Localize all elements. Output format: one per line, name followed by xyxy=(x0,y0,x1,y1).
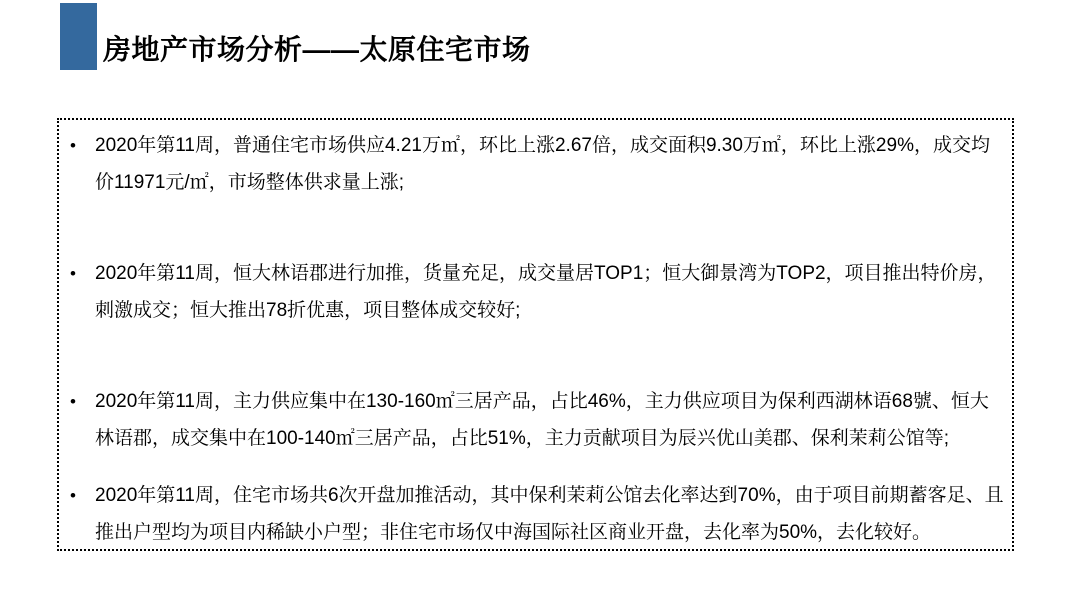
slide: 房地产市场分析——太原住宅市场 • 2020年第11周，普通住宅市场供应4.21… xyxy=(0,0,1080,608)
bullet-icon: • xyxy=(68,477,95,514)
bullet-text: 2020年第11周，主力供应集中在130-160㎡三居产品，占比46%，主力供应… xyxy=(95,383,1004,457)
bullet-icon: • xyxy=(68,255,95,292)
title-accent-rectangle xyxy=(60,3,97,70)
bullet-text: 2020年第11周，恒大林语郡进行加推，货量充足，成交量居TOP1；恒大御景湾为… xyxy=(95,255,1004,329)
summary-text-box: • 2020年第11周，普通住宅市场供应4.21万㎡，环比上涨2.67倍，成交面… xyxy=(57,118,1014,551)
bullet-item-launch-events: • 2020年第11周，住宅市场共6次开盘加推活动，其中保利茉莉公馆去化率达到7… xyxy=(68,477,1004,551)
bullet-item-product-mix: • 2020年第11周，主力供应集中在130-160㎡三居产品，占比46%，主力… xyxy=(68,383,1004,457)
bullet-item-top-projects: • 2020年第11周，恒大林语郡进行加推，货量充足，成交量居TOP1；恒大御景… xyxy=(68,255,1004,329)
bullet-text: 2020年第11周，普通住宅市场供应4.21万㎡，环比上涨2.67倍，成交面积9… xyxy=(95,127,1004,201)
bullet-item-supply-summary: • 2020年第11周，普通住宅市场供应4.21万㎡，环比上涨2.67倍，成交面… xyxy=(68,127,1004,201)
bullet-text: 2020年第11周，住宅市场共6次开盘加推活动，其中保利茉莉公馆去化率达到70%… xyxy=(95,477,1004,551)
bullet-icon: • xyxy=(68,383,95,420)
bullet-icon: • xyxy=(68,127,95,164)
page-title: 房地产市场分析——太原住宅市场 xyxy=(103,33,531,67)
